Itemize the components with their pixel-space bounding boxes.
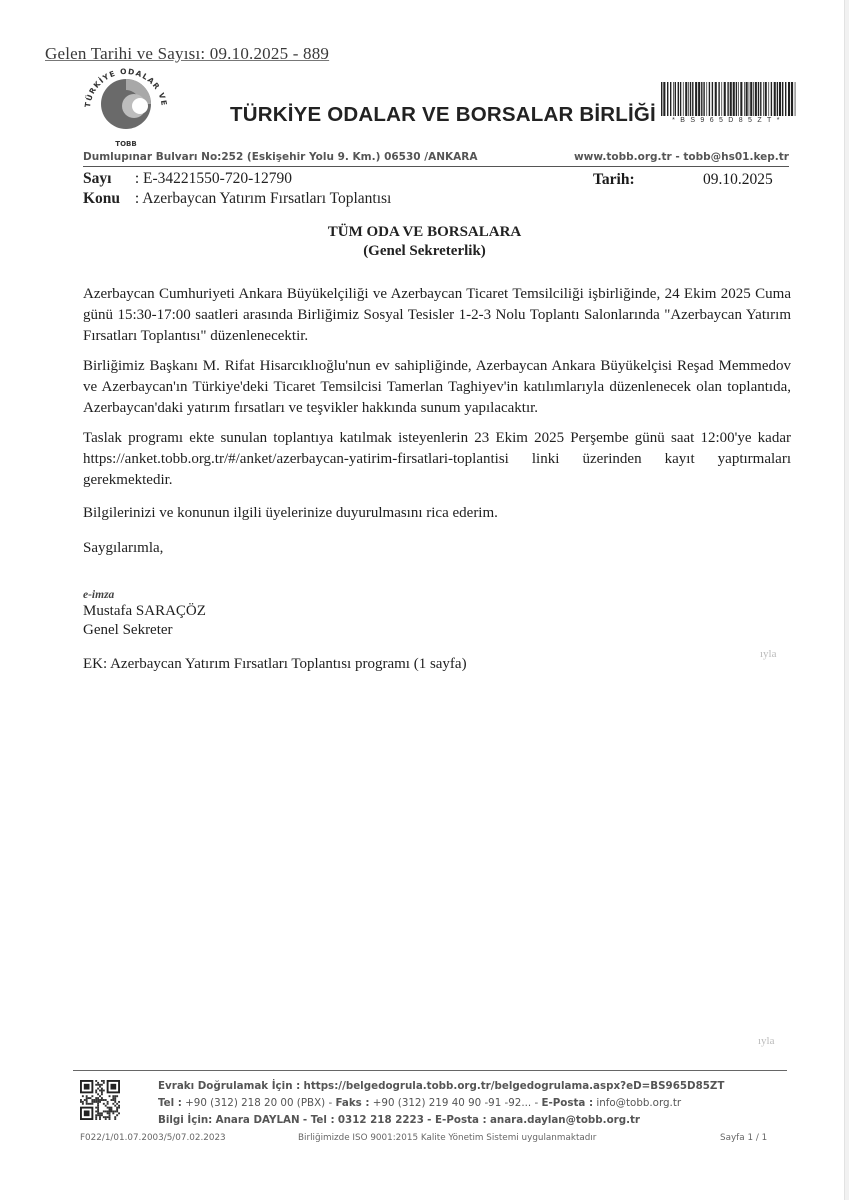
barcode-icon xyxy=(661,82,796,116)
subject-label: Konu xyxy=(83,190,131,208)
info-email[interactable]: anara.daylan@tobb.org.tr xyxy=(490,1114,640,1126)
scan-edge xyxy=(844,0,849,1200)
qr-code-icon[interactable] xyxy=(80,1080,120,1120)
email-label: E-Posta : xyxy=(541,1097,593,1109)
address: Dumlupınar Bulvarı No:252 (Eskişehir Yol… xyxy=(83,151,477,163)
verify-label: Evrakı Doğrulamak İçin : xyxy=(158,1080,300,1092)
document-number-row: Sayı : E-34221550-720-12790 xyxy=(83,170,292,188)
e-signature-mark: e-imza xyxy=(83,589,114,601)
info-line: Bilgi İçin: Anara DAYLAN - Tel : 0312 21… xyxy=(158,1114,640,1126)
info-tel: 0312 218 2223 xyxy=(338,1114,424,1126)
body-paragraph-3: Taslak programı ekte sunulan toplantıya … xyxy=(83,428,791,491)
closing: Saygılarımla, xyxy=(83,540,163,557)
form-code: F022/1/01.07.2003/5/07.02.2023 xyxy=(80,1133,226,1143)
email-value[interactable]: info@tobb.org.tr xyxy=(596,1097,681,1109)
tel-value: +90 (312) 218 20 00 (PBX) xyxy=(185,1097,325,1109)
date-value: 09.10.2025 xyxy=(703,171,773,189)
recipient-line-2: (Genel Sekreterlik) xyxy=(0,243,849,260)
tel-label: Tel : xyxy=(158,1097,182,1109)
body-paragraph-2: Birliğimiz Başkanı M. Rifat Hisarcıklıoğ… xyxy=(83,356,791,419)
subject-value: : Azerbaycan Yatırım Fırsatları Toplantı… xyxy=(135,190,392,207)
tobb-logo-icon: TÜRKİYE ODALAR VE BORSALAR BİRLİĞİ TOBB xyxy=(78,60,174,152)
organization-name: TÜRKİYE ODALAR VE BORSALAR BİRLİĞİ xyxy=(230,103,656,127)
attachment-note: EK: Azerbaycan Yatırım Fırsatları Toplan… xyxy=(83,656,467,673)
svg-text:TOBB: TOBB xyxy=(115,140,136,148)
verify-line: Evrakı Doğrulamak İçin : https://belgedo… xyxy=(158,1080,724,1092)
iso-note: Birliğimizde ISO 9001:2015 Kalite Yöneti… xyxy=(298,1133,596,1143)
body-paragraph-4: Bilgilerinizi ve konunun ilgili üyelerin… xyxy=(83,505,498,522)
info-label: Bilgi İçin: xyxy=(158,1114,212,1126)
info-person: Anara DAYLAN xyxy=(216,1114,300,1126)
separator: - xyxy=(303,1114,311,1126)
verify-url[interactable]: https://belgedogrula.tobb.org.tr/belgedo… xyxy=(304,1080,725,1092)
number-value: : E-34221550-720-12790 xyxy=(135,170,292,187)
contact-links[interactable]: www.tobb.org.tr - tobb@hs01.kep.tr xyxy=(574,151,789,163)
signer-name: Mustafa SARAÇÖZ xyxy=(83,603,206,620)
page-number: Sayfa 1 / 1 xyxy=(720,1133,767,1143)
scan-noise: ıyla xyxy=(758,1035,775,1047)
subject-row: Konu : Azerbaycan Yatırım Fırsatları Top… xyxy=(83,190,391,208)
tel-line: Tel : +90 (312) 218 20 00 (PBX) - Faks :… xyxy=(158,1097,681,1109)
info-email-label: E-Posta : xyxy=(435,1114,487,1126)
signer-title: Genel Sekreter xyxy=(83,622,173,639)
separator: - xyxy=(427,1114,435,1126)
recipient-line-1: TÜM ODA VE BORSALARA xyxy=(0,224,849,241)
date-label: Tarih: xyxy=(593,171,635,188)
fax-label: Faks : xyxy=(335,1097,369,1109)
fax-value: +90 (312) 219 40 90 -91 -92... xyxy=(373,1097,531,1109)
barcode-text: *BS965D85ZT* xyxy=(661,117,796,124)
address-bar: Dumlupınar Bulvarı No:252 (Eskişehir Yol… xyxy=(83,150,789,167)
scan-noise: ıyla xyxy=(760,648,777,660)
date-row: Tarih: 09.10.2025 xyxy=(593,171,635,189)
number-label: Sayı xyxy=(83,170,131,188)
footer-divider xyxy=(73,1070,787,1071)
body-paragraph-1: Azerbaycan Cumhuriyeti Ankara Büyükelçil… xyxy=(83,284,791,347)
info-tel-label: Tel : xyxy=(311,1114,335,1126)
